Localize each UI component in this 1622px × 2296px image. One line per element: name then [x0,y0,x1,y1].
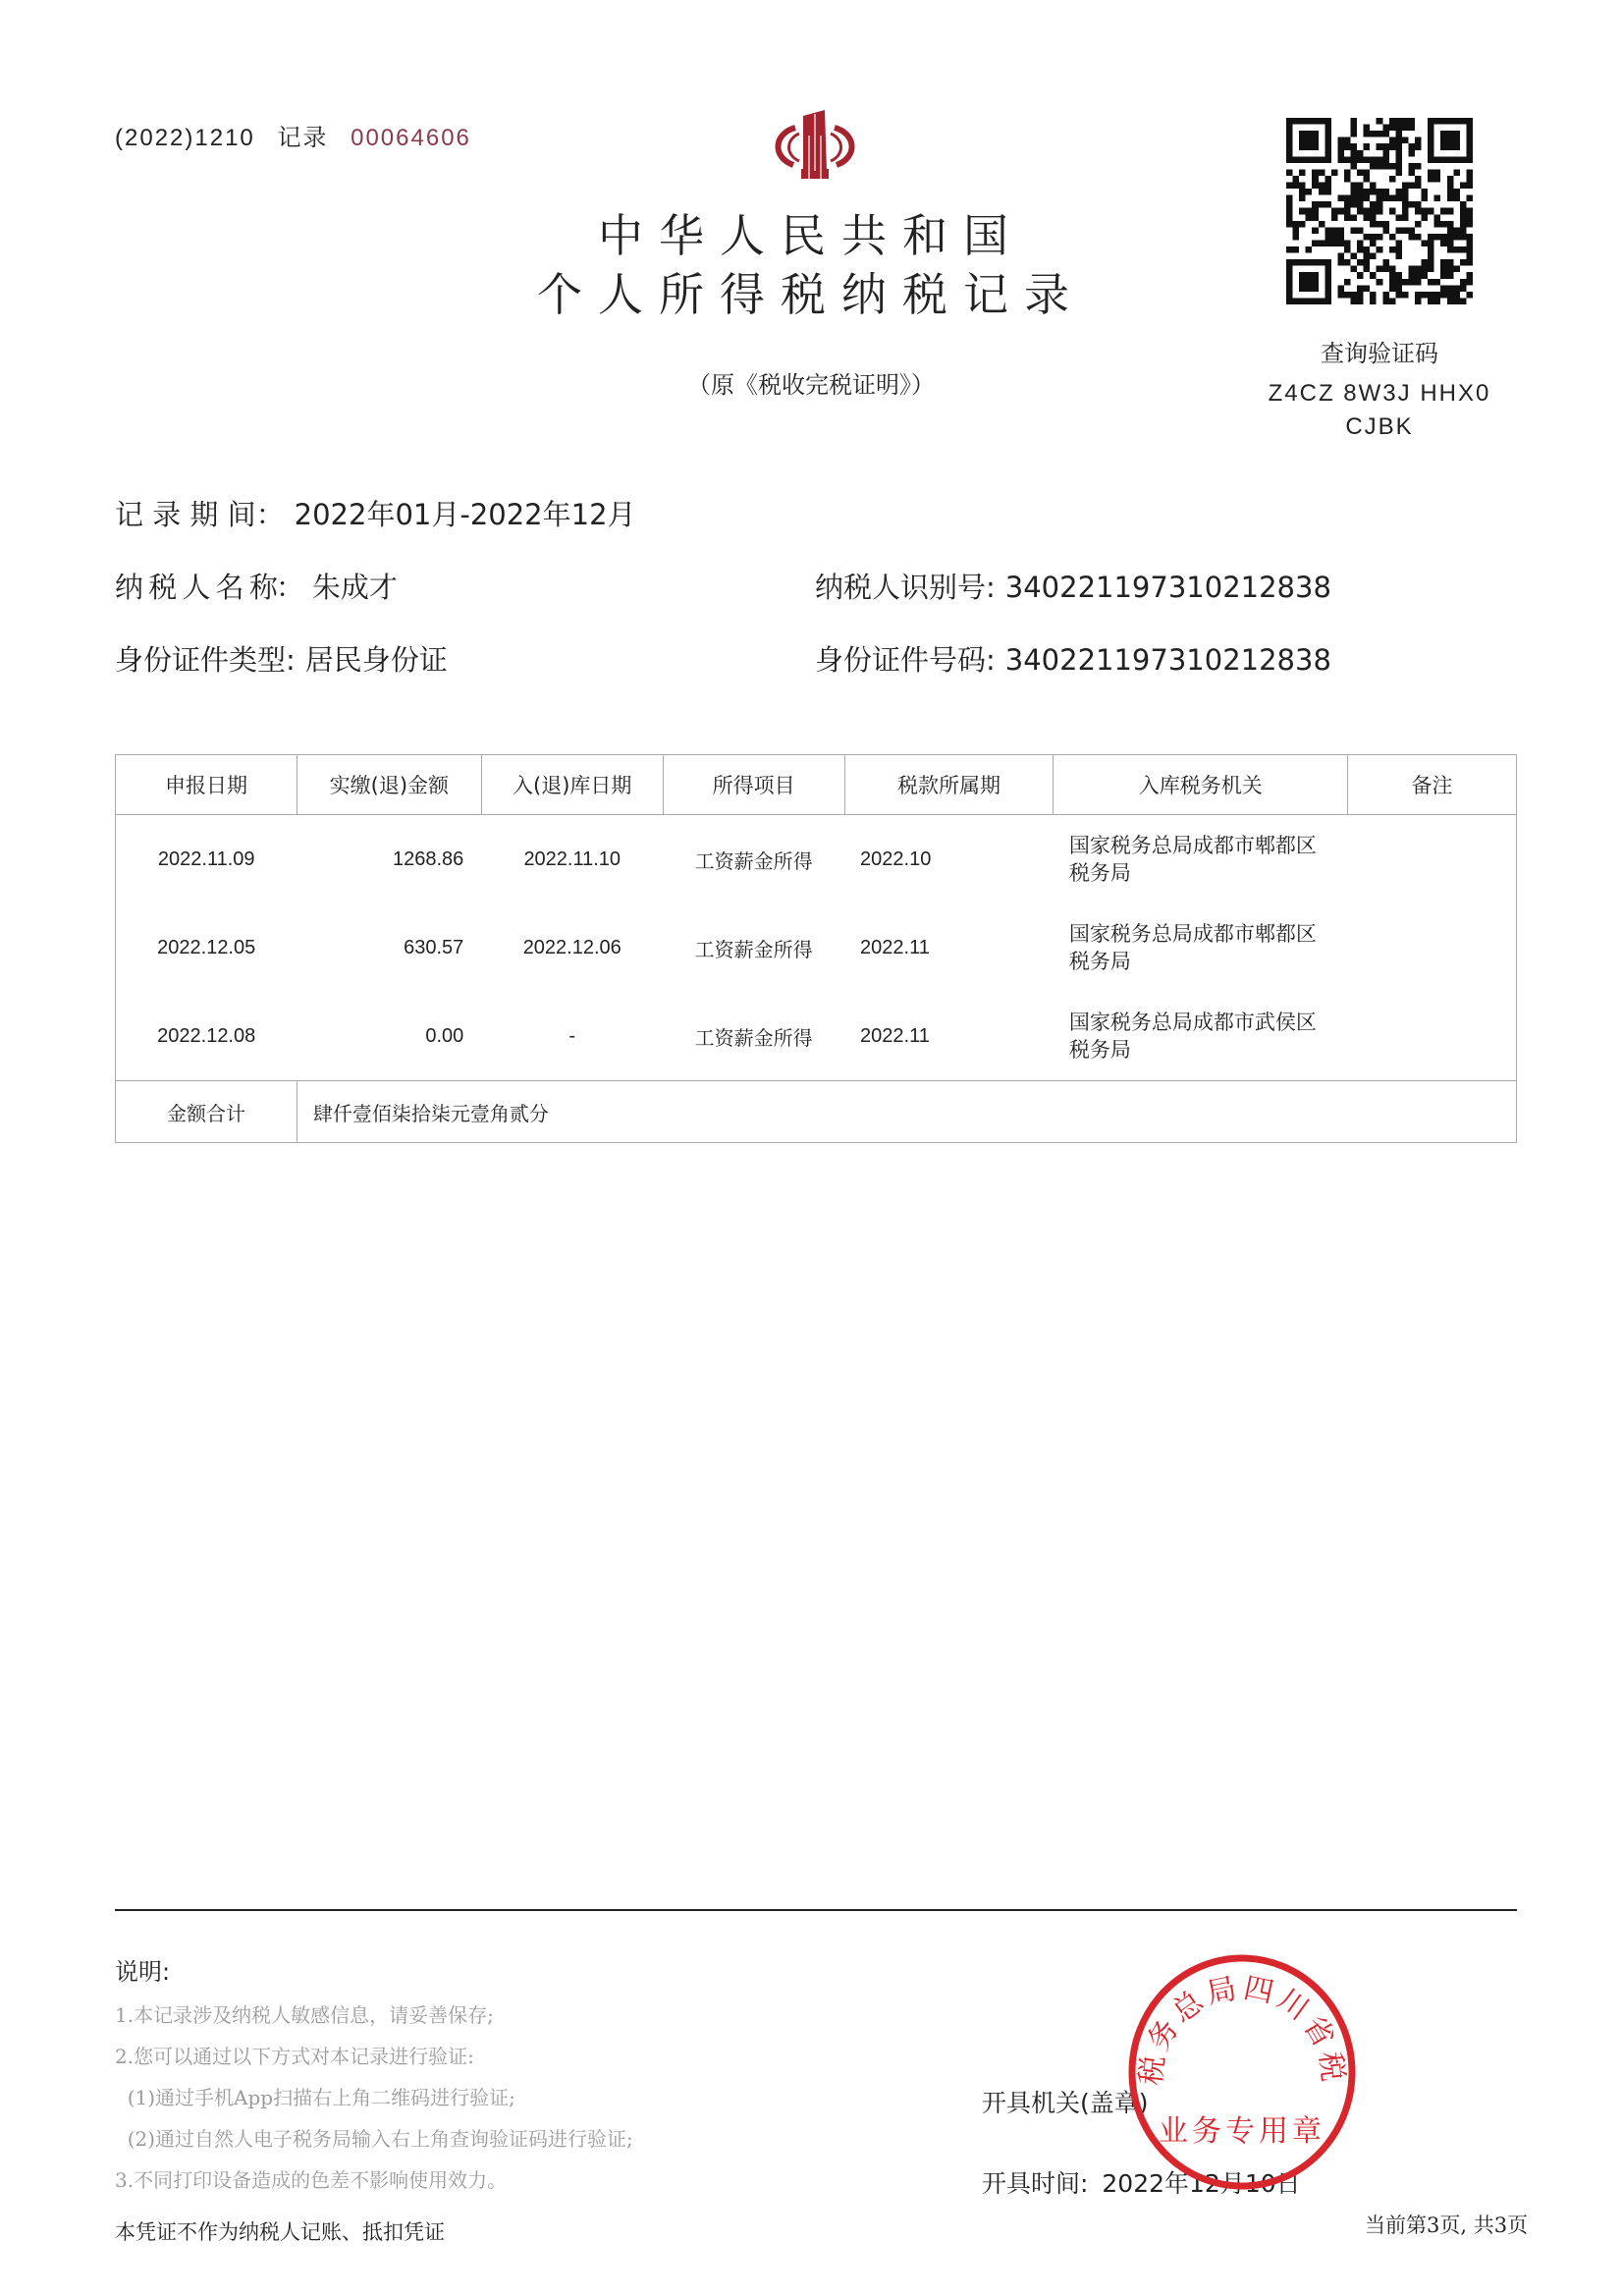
note-item: (2)通过自然人电子税务局输入右上角查询验证码进行验证; [115,2123,633,2152]
record-number: 00064606 [351,125,471,151]
total-row: 金额合计 肆仟壹佰柒拾柒元壹角贰分 [116,1081,1517,1143]
declare-date: 2022.12.08 [116,992,297,1081]
income-item: 工资薪金所得 [663,815,844,904]
income-item: 工资薪金所得 [663,903,844,992]
taxid-value: 340221197310212838 [1005,571,1331,604]
tax-emblem-icon [766,106,864,185]
verify-code-line-1: Z4CZ 8W3J HHX0 [1247,377,1512,410]
name-value: 朱成才 [312,571,398,604]
verify-code-line-2: CJBK [1247,410,1512,444]
remark [1348,992,1517,1081]
table-row: 2022.11.09 1268.86 2022.11.10 工资薪金所得 202… [116,815,1517,904]
verify-code: Z4CZ 8W3J HHX0 CJBK [1247,377,1512,444]
tax-org: 国家税务总局成都市郫都区税务局 [1054,815,1348,904]
amount: 630.57 [297,903,481,992]
verify-code-label: 查询验证码 [1267,334,1492,368]
note-item: 1.本记录涉及纳税人敏感信息，请妥善保存; [115,1999,494,2028]
tax-org-line-1: 国家税务总局成都市郫都区 [1069,920,1347,948]
record-label: 记录 [277,124,328,151]
tax-org-line-1: 国家税务总局成都市郫都区 [1069,832,1347,859]
svg-text:国家税务总局四川省税务局: 国家税务总局四川省税务局 [1119,1949,1350,2087]
period-value: 2022年01月-2022年12月 [295,498,636,531]
qr-code-icon[interactable] [1286,118,1473,304]
record-prefix: (2022)1210 [115,125,255,151]
col-period: 税款所属期 [844,755,1054,815]
amount: 0.00 [297,992,481,1081]
disclaimer: 本凭证不作为纳税人记账、抵扣凭证 [115,2216,445,2246]
col-remark: 备注 [1348,755,1517,815]
tax-records-table: 申报日期 实缴(退)金额 入(退)库日期 所得项目 税款所属期 入库税务机关 备… [115,754,1517,1143]
col-declare-date: 申报日期 [116,755,297,815]
storage-date: - [481,992,663,1081]
col-tax-org: 入库税务机关 [1054,755,1348,815]
storage-date: 2022.11.10 [481,815,663,904]
tax-org-line-1: 国家税务总局成都市武侯区 [1069,1009,1347,1036]
official-seal-icon: 国家税务总局四川省税务局 业务专用章 [1119,1949,1365,2195]
remark [1348,903,1517,992]
idno-label: 身份证件号码: [815,638,996,679]
table-row: 2022.12.08 0.00 - 工资薪金所得 2022.11 国家税务总局成… [116,992,1517,1081]
taxpayer-id: 纳税人识别号:340221197310212838 [815,566,1331,606]
table-header-row: 申报日期 实缴(退)金额 入(退)库日期 所得项目 税款所属期 入库税务机关 备… [116,755,1517,815]
tax-org: 国家税务总局成都市郫都区税务局 [1054,903,1348,992]
declare-date: 2022.11.09 [116,815,297,904]
divider [115,1909,1517,1911]
note-item: 3.不同打印设备造成的色差不影响使用效力。 [115,2164,507,2193]
idtype-label: 身份证件类型: [115,638,296,679]
storage-date: 2022.12.06 [481,903,663,992]
period-label: 记 录 期 间： [115,493,285,533]
svg-text:业务专用章: 业务专用章 [1159,2114,1325,2149]
table-row: 2022.12.05 630.57 2022.12.06 工资薪金所得 2022… [116,903,1517,992]
tax-org-line-2: 税务局 [1069,948,1347,975]
tax-period: 2022.11 [844,903,1054,992]
total-value: 肆仟壹佰柒拾柒元壹角贰分 [297,1081,1516,1143]
issue-time-label: 开具时间: [982,2169,1088,2198]
col-income-item: 所得项目 [663,755,844,815]
tax-period: 2022.10 [844,815,1054,904]
record-number-line: (2022)1210 记录 00064606 [115,118,471,152]
notes-title: 说明: [115,1952,170,1987]
note-item: 2.您可以通过以下方式对本记录进行验证: [115,2041,474,2069]
col-amount: 实缴(退)金额 [297,755,481,815]
tax-org-line-2: 税务局 [1069,1036,1347,1064]
amount: 1268.86 [297,815,481,904]
total-label: 金额合计 [116,1081,297,1143]
tax-org-line-2: 税务局 [1069,859,1347,887]
remark [1348,815,1517,904]
page-indicator: 当前第3页, 共3页 [1365,2210,1528,2239]
taxpayer-name: 纳 税 人 名 称：朱成才 [115,566,398,606]
note-item: (1)通过手机App扫描右上角二维码进行验证; [115,2082,515,2110]
id-number: 身份证件号码:340221197310212838 [815,638,1331,679]
idno-value: 340221197310212838 [1005,643,1331,677]
income-item: 工资薪金所得 [663,992,844,1081]
tax-period: 2022.11 [844,992,1054,1081]
tax-org: 国家税务总局成都市武侯区税务局 [1054,992,1348,1081]
idtype-value: 居民身份证 [305,643,448,677]
col-storage-date: 入(退)库日期 [481,755,663,815]
name-label: 纳 税 人 名 称： [115,566,302,606]
declare-date: 2022.12.05 [116,903,297,992]
taxid-label: 纳税人识别号: [815,566,996,606]
record-period: 记 录 期 间：2022年01月-2022年12月 [115,493,636,533]
id-type: 身份证件类型:居民身份证 [115,638,448,679]
